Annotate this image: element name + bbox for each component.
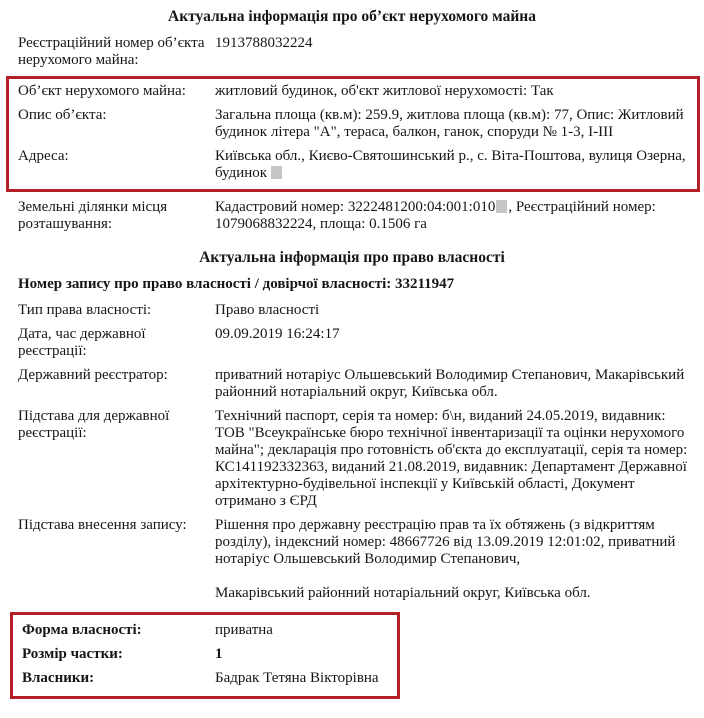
field-value: житловий будинок, об'єкт житлової нерухо… [215, 83, 689, 100]
field-row-registration-basis: Підстава для державної реєстрації: Техні… [18, 408, 690, 510]
section-object-title: Актуальна інформація про об’єкт нерухомо… [0, 8, 704, 26]
field-row-owners: Власники: Бадрак Тетяна Вікторівна [22, 670, 389, 687]
redaction-box [271, 166, 282, 179]
property-registry-document: Актуальна інформація про об’єкт нерухомо… [0, 0, 704, 718]
field-row-registration-datetime: Дата, час державної реєстрації: 09.09.20… [18, 326, 690, 360]
field-row-ownership-form: Форма власності: приватна [22, 622, 389, 639]
field-label: Реєстраційний номер об’єкта нерухомого м… [18, 35, 215, 69]
field-value: Технічний паспорт, серія та номер: б\н, … [215, 408, 690, 510]
field-label: Адреса: [18, 148, 215, 182]
field-row-land-parcels: Земельні ділянки місця розташування: Кад… [18, 199, 690, 233]
field-value: Кадастровий номер: 3222481200:04:001:010… [215, 199, 690, 233]
field-value: 1 [215, 646, 389, 663]
redaction-box [496, 200, 507, 213]
field-row-ownership-type: Тип права власності: Право власності [18, 302, 690, 319]
field-row-address: Адреса: Київська обл., Києво-Святошинськ… [18, 148, 689, 182]
field-label: Власники: [22, 670, 215, 687]
field-row-object-type: Об’єкт нерухомого майна: житловий будино… [18, 83, 689, 100]
field-label: Підстава для державної реєстрації: [18, 408, 215, 510]
field-value: приватна [215, 622, 389, 639]
section-ownership-title: Актуальна інформація про право власності [0, 249, 704, 267]
entry-basis-text: Рішення про державну реєстрацію прав та … [215, 517, 690, 568]
ownership-record-number-line: Номер запису про право власності / довір… [18, 276, 690, 293]
field-label: Державний реєстратор: [18, 367, 215, 401]
field-value: Бадрак Тетяна Вікторівна [215, 670, 389, 687]
field-value: 1913788032224 [215, 35, 690, 69]
field-row-reg-number: Реєстраційний номер об’єкта нерухомого м… [18, 35, 690, 69]
field-label: Дата, час державної реєстрації: [18, 326, 215, 360]
field-label: Земельні ділянки місця розташування: [18, 199, 215, 233]
field-row-share-size: Розмір частки: 1 [22, 646, 389, 663]
cadastral-number-text: Кадастровий номер: 3222481200:04:001:010 [215, 199, 495, 215]
highlight-box-object-info: Об’єкт нерухомого майна: житловий будино… [6, 76, 700, 192]
field-label: Об’єкт нерухомого майна: [18, 83, 215, 100]
field-value: Рішення про державну реєстрацію прав та … [215, 517, 690, 602]
field-value: 09.09.2019 16:24:17 [215, 326, 690, 360]
address-text: Київська обл., Києво-Святошинський р., с… [215, 148, 686, 181]
field-row-description: Опис об’єкта: Загальна площа (кв.м): 259… [18, 107, 689, 141]
field-label: Опис об’єкта: [18, 107, 215, 141]
field-label: Підстава внесення запису: [18, 517, 215, 602]
field-label: Форма власності: [22, 622, 215, 639]
field-row-state-registrar: Державний реєстратор: приватний нотаріус… [18, 367, 690, 401]
field-label: Тип права власності: [18, 302, 215, 319]
field-value: Київська обл., Києво-Святошинський р., с… [215, 148, 689, 182]
field-label: Розмір частки: [22, 646, 215, 663]
field-row-entry-basis: Підстава внесення запису: Рішення про де… [18, 517, 690, 602]
field-value: приватний нотаріус Ольшевський Володимир… [215, 367, 690, 401]
highlight-box-owner-info: Форма власності: приватна Розмір частки:… [10, 612, 400, 699]
entry-basis-continuation-text: Макарівський районний нотаріальний округ… [215, 585, 690, 602]
field-value: Загальна площа (кв.м): 259.9, житлова пл… [215, 107, 689, 141]
field-value: Право власності [215, 302, 690, 319]
